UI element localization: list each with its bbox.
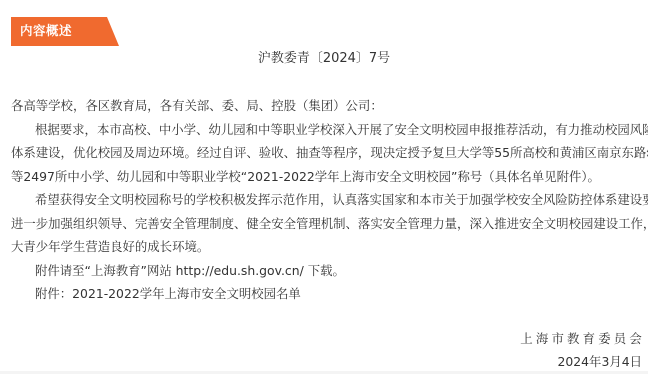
paragraph-1-line-3: 等2497所中小学、幼儿园和中等职业学校“2021-2022学年上海市安全文明校… [11,165,639,189]
section-header-tag: 内容概述 [11,17,119,46]
paragraph-2-line-1: 希望获得安全文明校园称号的学校积极发挥示范作用，认真落实国家和本市关于加强学校安… [11,188,639,212]
paragraph-1-line-2: 体系建设，优化校园及周边环境。经过自评、验收、抽查等程序，现决定授予复旦大学等5… [11,141,639,165]
signature-date: 2024年3月4日 [520,353,642,371]
paragraph-1-line-1: 根据要求，本市高校、中小学、幼儿园和中等职业学校深入开展了安全文明校园申报推荐活… [11,118,639,142]
attachment-download-note: 附件请至“上海教育”网站 http://edu.sh.gov.cn/ 下载。 [11,259,639,283]
document-number: 沪教委青〔2024〕7号 [0,50,648,68]
salutation: 各高等学校，各区教育局，各有关部、委、局、控股（集团）公司： [11,94,639,118]
paragraph-2-line-3: 大青少年学生营造良好的成长环境。 [11,235,639,259]
attachment-title: 附件：2021-2022学年上海市安全文明校园名单 [11,282,639,306]
paragraph-2-line-2: 进一步加强组织领导、完善安全管理制度、健全安全管理机制、落实安全管理力量，深入推… [11,212,639,236]
signature-organization: 上海市教育委员会 [520,330,645,348]
signature-block: 上海市教育委员会 2024年3月4日 [520,330,642,371]
document-body: 各高等学校，各区教育局，各有关部、委、局、控股（集团）公司： 根据要求，本市高校… [11,94,639,306]
section-title: 内容概述 [20,23,72,39]
